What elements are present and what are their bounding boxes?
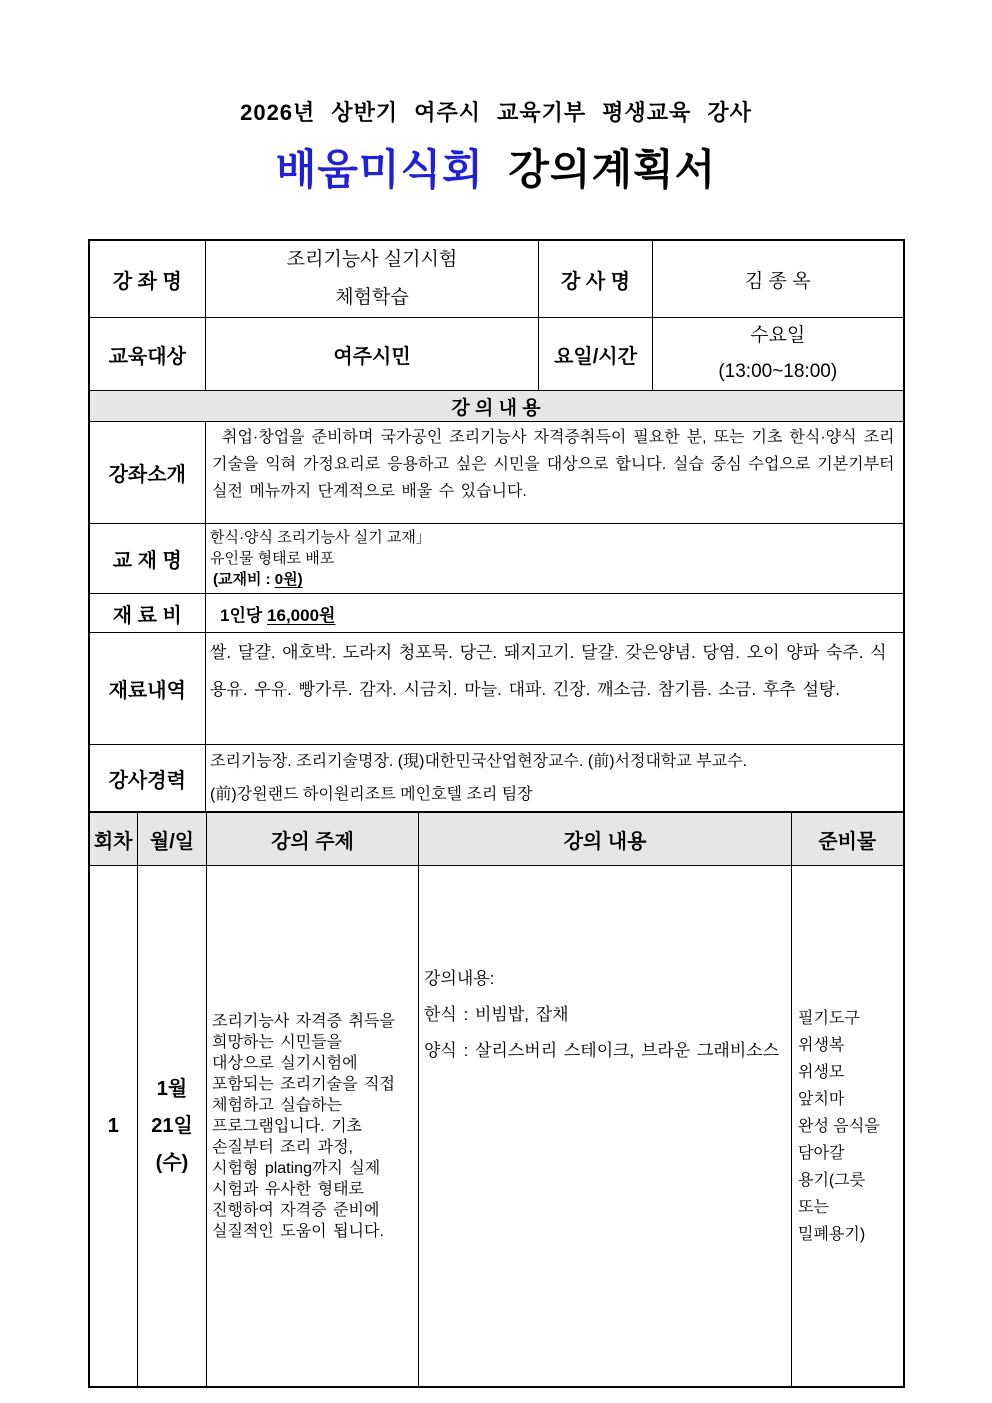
row-content-band: 강 의 내 용: [89, 391, 904, 422]
doc-subtitle: 2026년 상반기 여주시 교육기부 평생교육 강사: [0, 0, 992, 127]
course-name-label: 강 좌 명: [89, 240, 206, 318]
audience-value: 여주시민: [206, 318, 539, 391]
textbook-fee-line: (교재비 : 0원): [210, 569, 899, 590]
row-materials: 재료내역 쌀. 달걀. 애호박. 도라지 청포묵. 당근. 돼지고기. 달걀. …: [89, 633, 904, 745]
schedule-header-row: 회차 월/일 강의 주제 강의 내용 준비물: [89, 812, 904, 866]
course-info-table: 강 좌 명 조리기능사 실기시험 체험학습 강 사 명 김 종 옥 교육대상 여…: [88, 239, 905, 813]
row-audience: 교육대상 여주시민 요일/시간 수요일 (13:00~18:00): [89, 318, 904, 391]
row-instructor-career: 강사경력 조리기능장. 조리기술명장. (現)대한민국산업현장교수. (前)서정…: [89, 745, 904, 813]
row-course-name: 강 좌 명 조리기능사 실기시험 체험학습 강 사 명 김 종 옥: [89, 240, 904, 318]
instructor-value: 김 종 옥: [653, 240, 904, 318]
instructor-label: 강 사 명: [539, 240, 653, 318]
session-number: 1: [89, 866, 138, 1388]
row-textbook: 교 재 명 한식·양식 조리기능사 실기 교재」 유인물 형태로 배포 (교재비…: [89, 524, 904, 594]
doc-title-highlight: 배움미식회: [276, 146, 484, 193]
session-content: 강의내용: 한식 : 비빔밥, 잡채 양식 : 살리스버리 스테이크, 브라운 …: [419, 866, 792, 1388]
material-fee-amount: 16,000원: [267, 606, 335, 625]
document-page: 2026년 상반기 여주시 교육기부 평생교육 강사 배움미식회 강의계획서 강…: [0, 0, 992, 1403]
doc-title-rest: 강의계획서: [508, 146, 716, 193]
career-text: 조리기능장. 조리기술명장. (現)대한민국산업현장교수. (前)서정대학교 부…: [206, 745, 904, 813]
session-date: 1월 21일 (수): [138, 866, 207, 1388]
textbook-value: 한식·양식 조리기능사 실기 교재」 유인물 형태로 배포 (교재비 : 0원): [206, 524, 904, 594]
material-fee-value: 1인당 16,000원: [206, 594, 904, 633]
material-fee-prefix: 1인당: [220, 606, 267, 625]
schedule-row-1: 1 1월 21일 (수) 조리기능사 자격증 취득을 희망하는 시민들을 대상으…: [89, 866, 904, 1388]
header-content: 강의 내용: [419, 812, 792, 866]
header-date: 월/일: [138, 812, 207, 866]
header-supplies: 준비물: [792, 812, 904, 866]
content-band-title: 강 의 내 용: [89, 391, 904, 422]
materials-text: 쌀. 달걀. 애호박. 도라지 청포묵. 당근. 돼지고기. 달걀. 갖은양념.…: [206, 633, 904, 745]
audience-label: 교육대상: [89, 318, 206, 391]
course-intro-text: 취업·창업을 준비하며 국가공인 조리기능사 자격증취득이 필요한 분, 또는 …: [206, 422, 904, 524]
day-time-label: 요일/시간: [539, 318, 653, 391]
header-session: 회차: [89, 812, 138, 866]
header-topic: 강의 주제: [207, 812, 419, 866]
session-topic: 조리기능사 자격증 취득을 희망하는 시민들을 대상으로 실기시험에 포함되는 …: [207, 866, 419, 1388]
row-material-fee: 재 료 비 1인당 16,000원: [89, 594, 904, 633]
course-name-value: 조리기능사 실기시험 체험학습: [206, 240, 539, 318]
doc-title: 배움미식회 강의계획서: [0, 137, 992, 197]
material-fee-label: 재 료 비: [89, 594, 206, 633]
textbook-label: 교 재 명: [89, 524, 206, 594]
materials-label: 재료내역: [89, 633, 206, 745]
career-label: 강사경력: [89, 745, 206, 813]
day-time-value: 수요일 (13:00~18:00): [653, 318, 904, 391]
textbook-line2: 유인물 형태로 배포: [210, 548, 899, 569]
textbook-line1: 한식·양식 조리기능사 실기 교재」: [210, 527, 899, 548]
session-supplies: 필기도구 위생복 위생모 앞치마 완성 음식을 담아갈 용기(그릇 또는 밀폐용…: [792, 866, 904, 1388]
schedule-table: 회차 월/일 강의 주제 강의 내용 준비물 1 1월 21일 (수) 조리기능…: [88, 811, 905, 1388]
row-course-intro: 강좌소개 취업·창업을 준비하며 국가공인 조리기능사 자격증취득이 필요한 분…: [89, 422, 904, 524]
textbook-fee-prefix: (교재비 :: [213, 571, 275, 588]
textbook-fee-amount: 0원): [275, 571, 303, 588]
course-intro-label: 강좌소개: [89, 422, 206, 524]
